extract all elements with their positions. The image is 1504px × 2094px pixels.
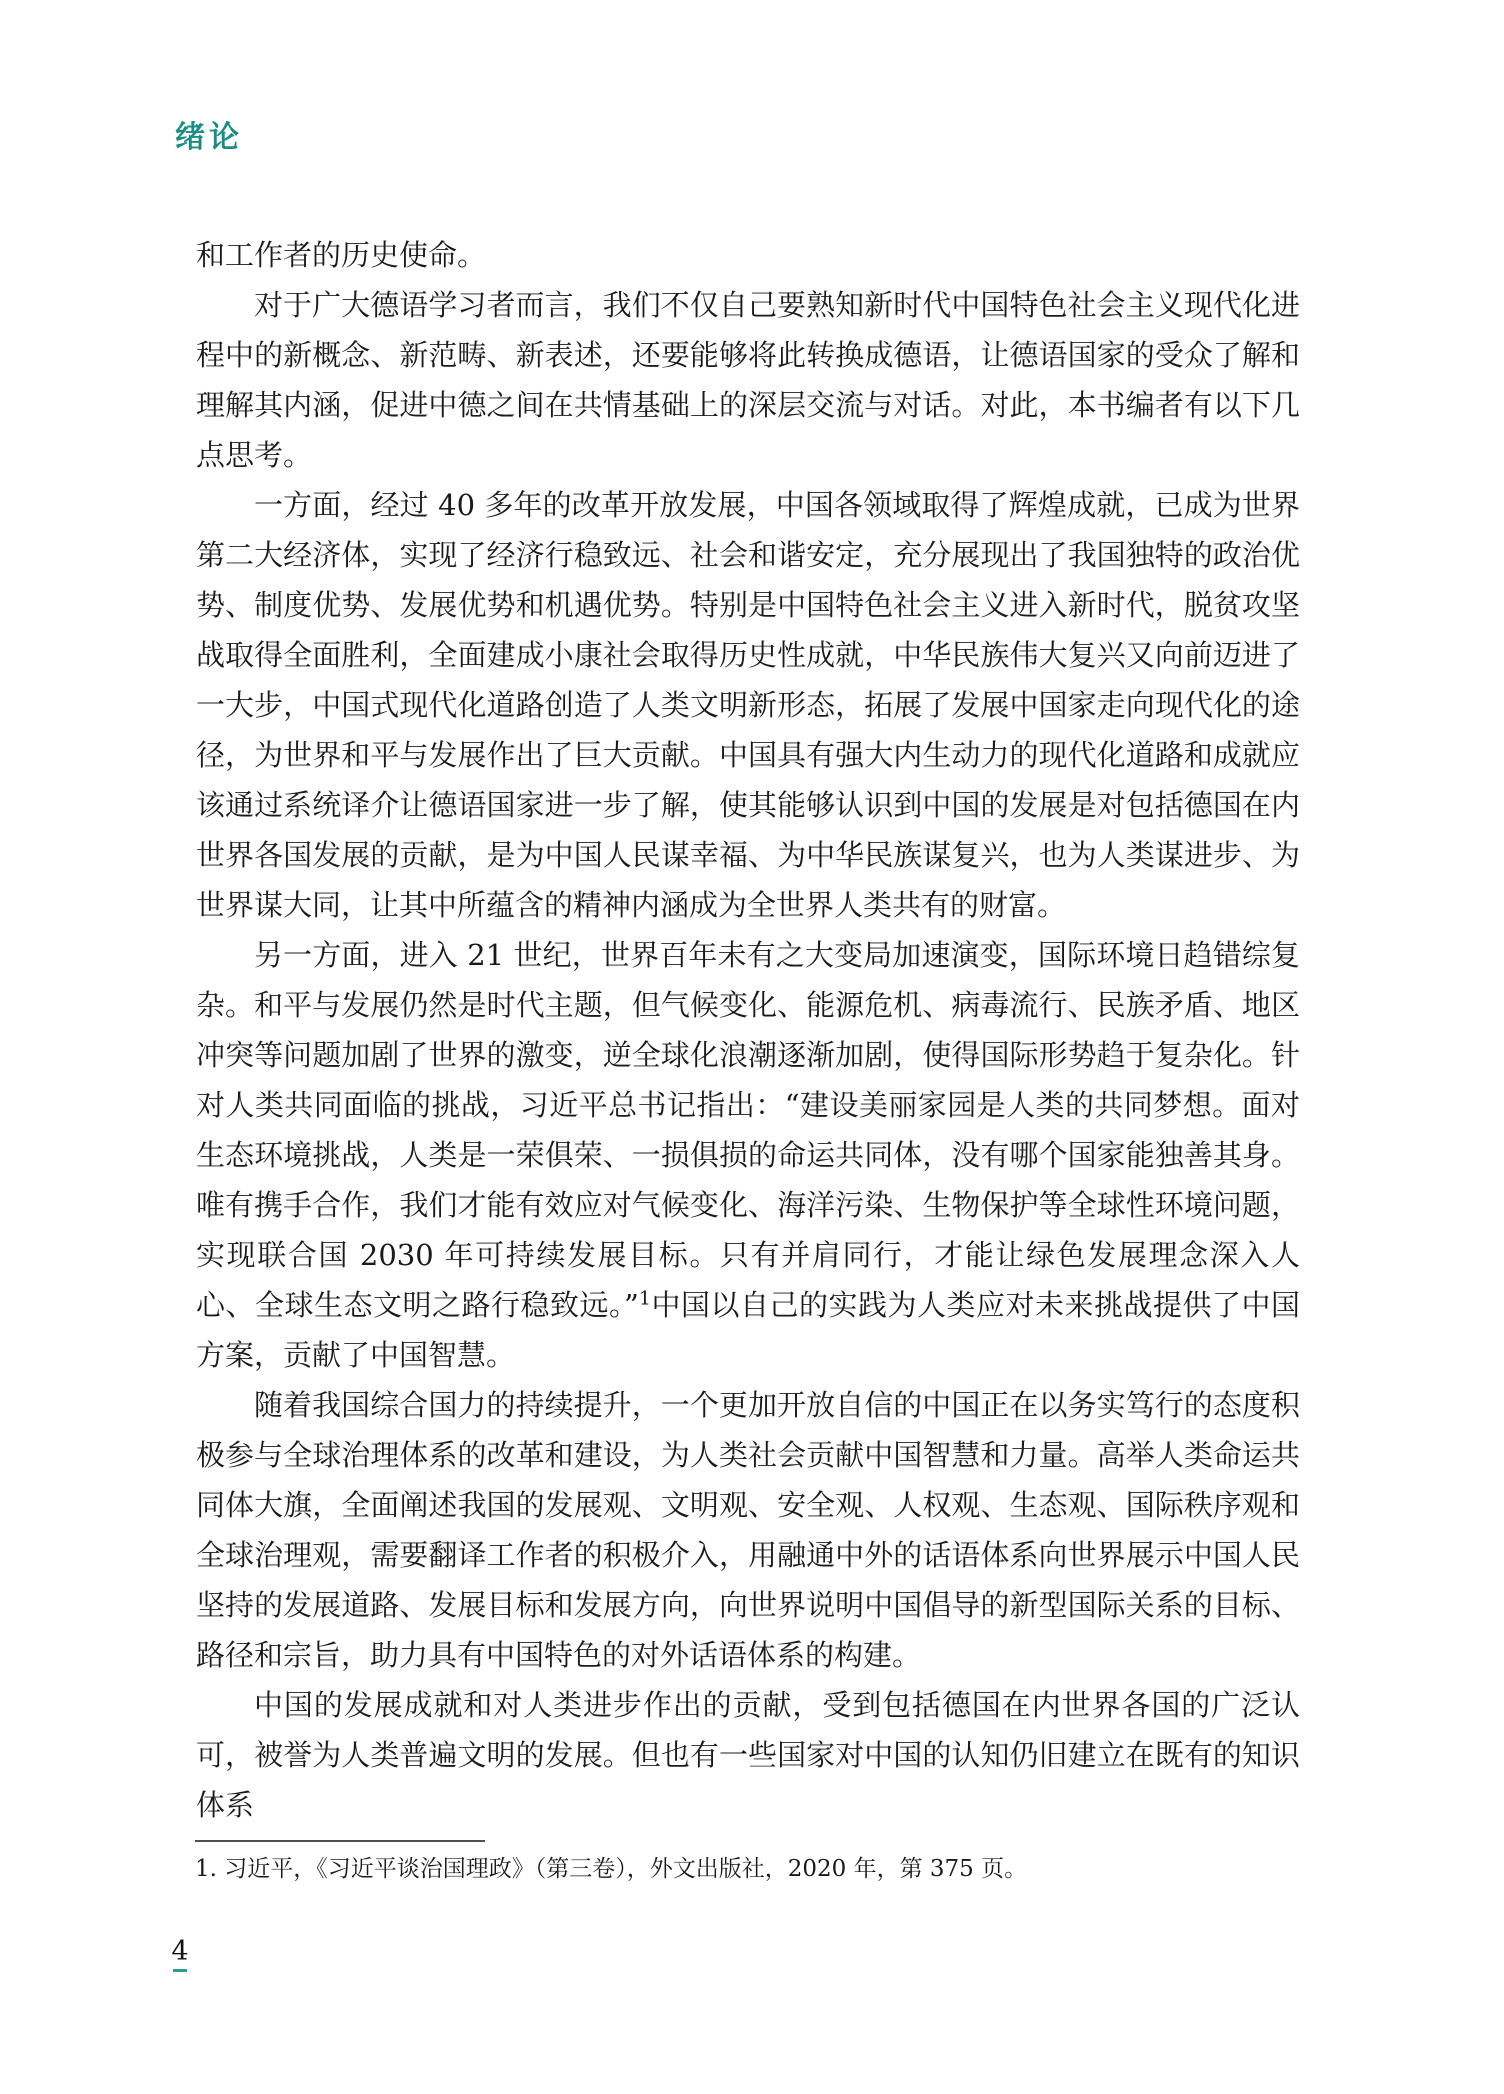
footnote-reference-mark: 1 xyxy=(639,1287,651,1309)
footnote-separator-rule xyxy=(195,1840,485,1842)
paragraph-5: 随着我国综合国力的持续提升，一个更加开放自信的中国正在以务实笃行的态度积极参与全… xyxy=(196,1380,1300,1680)
paragraph-4: 另一方面，进入 21 世纪，世界百年未有之大变局加速演变，国际环境日趋错综复杂。… xyxy=(196,930,1300,1380)
paragraph-4-text: 另一方面，进入 21 世纪，世界百年未有之大变局加速演变，国际环境日趋错综复杂。… xyxy=(196,938,1300,1322)
paragraph-2: 对于广大德语学习者而言，我们不仅自己要熟知新时代中国特色社会主义现代化进程中的新… xyxy=(196,280,1300,480)
document-page: 绪论 和工作者的历史使命。 对于广大德语学习者而言，我们不仅自己要熟知新时代中国… xyxy=(0,0,1504,2094)
paragraph-6: 中国的发展成就和对人类进步作出的贡献，受到包括德国在内世界各国的广泛认可，被誉为… xyxy=(196,1680,1300,1830)
running-header: 绪论 xyxy=(175,112,243,156)
page-number-block: 4 xyxy=(168,1936,192,1972)
paragraph-3: 一方面，经过 40 多年的改革开放发展，中国各领域取得了辉煌成就，已成为世界第二… xyxy=(196,480,1300,930)
page-number-underline xyxy=(173,1969,187,1972)
page-number: 4 xyxy=(168,1936,192,1967)
paragraph-continuation: 和工作者的历史使命。 xyxy=(196,230,1300,280)
footnote-text: 1. 习近平，《习近平谈治国理政》（第三卷），外文出版社，2020 年，第 37… xyxy=(195,1852,1300,1886)
body-text: 和工作者的历史使命。 对于广大德语学习者而言，我们不仅自己要熟知新时代中国特色社… xyxy=(196,230,1300,1830)
